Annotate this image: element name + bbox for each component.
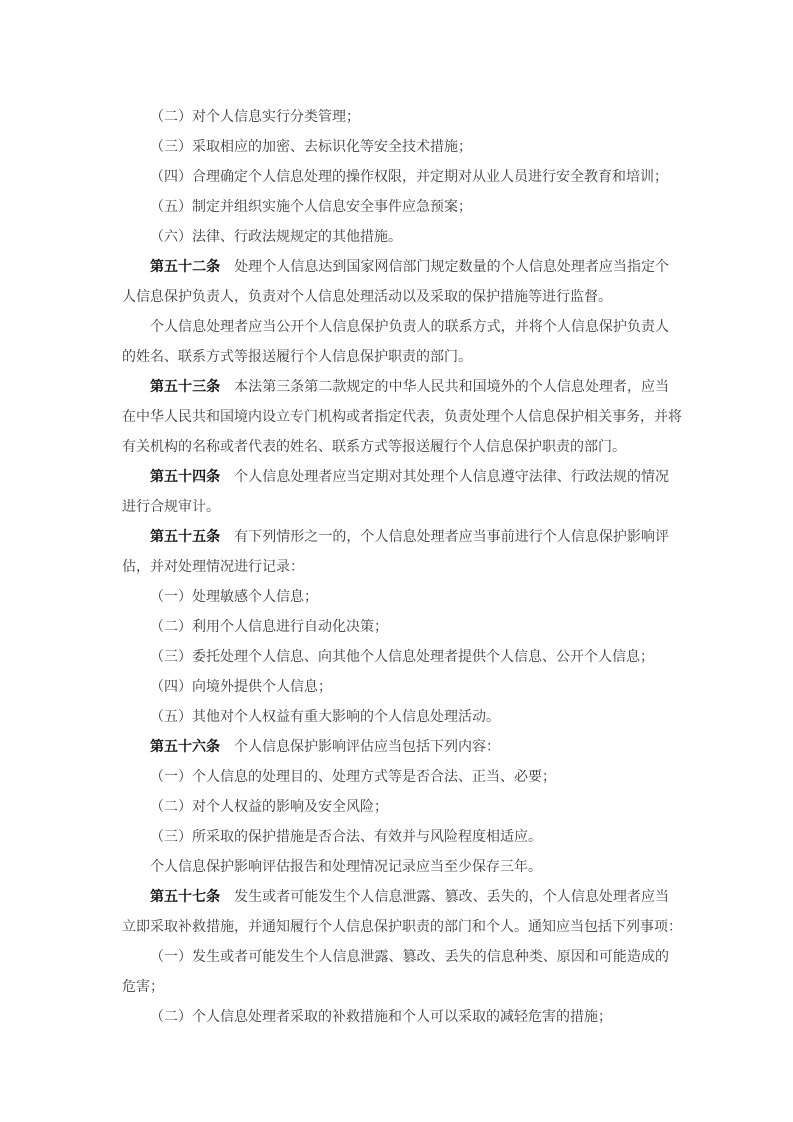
art56-item-3: （三）所采取的保护措施是否合法、有效并与风险程度相适应。 <box>122 822 669 852</box>
art51-item-3: （三）采取相应的加密、去标识化等安全技术措施； <box>122 132 669 162</box>
article-text: 个人信息保护影响评估应当包括下列内容： <box>234 739 500 755</box>
article-text: 个人信息处理者应当定期对其处理个人信息遵守法律、行政法规的情况 <box>234 469 669 485</box>
art51-item-4: （四）合理确定个人信息处理的操作权限，并定期对从业人员进行安全教育和培训； <box>122 162 669 192</box>
art55-line-2: 估，并对处理情况进行记录： <box>122 552 669 582</box>
art53-line-1: 第五十三条本法第三条第二款规定的中华人民共和国境外的个人信息处理者，应当 <box>122 372 669 402</box>
art56-line-1: 第五十六条个人信息保护影响评估应当包括下列内容： <box>122 732 669 762</box>
article-text: 有下列情形之一的，个人信息处理者应当事前进行个人信息保护影响评 <box>234 529 669 545</box>
art55-item-4: （四）向境外提供个人信息； <box>122 672 669 702</box>
art56-item-2: （二）对个人权益的影响及安全风险； <box>122 792 669 822</box>
art52-line-1: 第五十二条处理个人信息达到国家网信部门规定数量的个人信息处理者应当指定个 <box>122 252 669 282</box>
article-heading: 第五十六条 <box>150 739 220 755</box>
art57-item-1-line-1: （一）发生或者可能发生个人信息泄露、篡改、丢失的信息种类、原因和可能造成的 <box>122 942 669 972</box>
art57-item-2: （二）个人信息处理者采取的补救措施和个人可以采取的减轻危害的措施； <box>122 1002 669 1032</box>
art54-line-2: 进行合规审计。 <box>122 492 669 522</box>
art56-p2: 个人信息保护影响评估报告和处理情况记录应当至少保存三年。 <box>122 852 669 882</box>
article-heading: 第五十四条 <box>150 469 220 485</box>
art55-item-5: （五）其他对个人权益有重大影响的个人信息处理活动。 <box>122 702 669 732</box>
art52-p2-line-2: 的姓名、联系方式等报送履行个人信息保护职责的部门。 <box>122 342 669 372</box>
art55-item-1: （一）处理敏感个人信息； <box>122 582 669 612</box>
art57-item-1-line-2: 危害； <box>122 972 669 1002</box>
art51-item-6: （六）法律、行政法规规定的其他措施。 <box>122 222 669 252</box>
article-heading: 第五十五条 <box>150 529 220 545</box>
art53-line-2: 在中华人民共和国境内设立专门机构或者指定代表，负责处理个人信息保护相关事务，并将 <box>122 402 669 432</box>
article-heading: 第五十三条 <box>150 379 220 395</box>
article-text: 发生或者可能发生个人信息泄露、篡改、丢失的，个人信息处理者应当 <box>234 889 669 905</box>
art55-line-1: 第五十五条有下列情形之一的，个人信息处理者应当事前进行个人信息保护影响评 <box>122 522 669 552</box>
art53-line-3: 有关机构的名称或者代表的姓名、联系方式等报送履行个人信息保护职责的部门。 <box>122 432 669 462</box>
article-text: 本法第三条第二款规定的中华人民共和国境外的个人信息处理者，应当 <box>234 379 669 395</box>
art55-item-2: （二）利用个人信息进行自动化决策； <box>122 612 669 642</box>
document-page: （二）对个人信息实行分类管理； （三）采取相应的加密、去标识化等安全技术措施； … <box>0 0 793 1122</box>
art54-line-1: 第五十四条个人信息处理者应当定期对其处理个人信息遵守法律、行政法规的情况 <box>122 462 669 492</box>
article-heading: 第五十二条 <box>150 259 220 275</box>
article-heading: 第五十七条 <box>150 889 220 905</box>
art52-line-2: 人信息保护负责人，负责对个人信息处理活动以及采取的保护措施等进行监督。 <box>122 282 669 312</box>
art52-p2-line-1: 个人信息处理者应当公开个人信息保护负责人的联系方式，并将个人信息保护负责人 <box>122 312 669 342</box>
art56-item-1: （一）个人信息的处理目的、处理方式等是否合法、正当、必要； <box>122 762 669 792</box>
art51-item-5: （五）制定并组织实施个人信息安全事件应急预案； <box>122 192 669 222</box>
art51-item-2: （二）对个人信息实行分类管理； <box>122 102 669 132</box>
article-text: 处理个人信息达到国家网信部门规定数量的个人信息处理者应当指定个 <box>234 259 669 275</box>
art57-line-1: 第五十七条发生或者可能发生个人信息泄露、篡改、丢失的，个人信息处理者应当 <box>122 882 669 912</box>
art55-item-3: （三）委托处理个人信息、向其他个人信息处理者提供个人信息、公开个人信息； <box>122 642 669 672</box>
art57-line-2: 立即采取补救措施，并通知履行个人信息保护职责的部门和个人。通知应当包括下列事项： <box>122 912 669 942</box>
